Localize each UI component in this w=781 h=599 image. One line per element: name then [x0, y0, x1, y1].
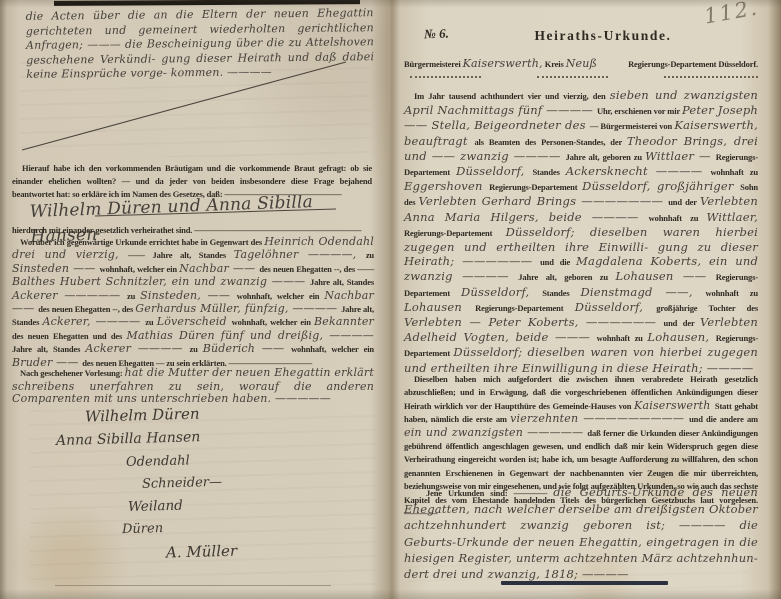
docs-continued: die Acten über die an die Eltern der neu…	[26, 5, 375, 81]
printed-text: und der	[664, 318, 700, 328]
printed-text: Jahre alt, geboren zu	[518, 272, 615, 282]
dotted-rule	[537, 72, 608, 78]
signature: Düren	[122, 516, 360, 537]
pencil-annotation: 112.	[703, 0, 761, 29]
printed-text: des neuen Ehegatten --, des ——	[259, 264, 374, 274]
handwritten-text: Wittlaer,	[706, 210, 758, 224]
printed-text: — Bürgermeisterei von	[590, 121, 675, 131]
handwritten-text: Sinsteden ——	[12, 262, 100, 275]
printed-text: wohnhaft zu	[710, 167, 758, 177]
handwritten-text: Dienstmagd ——,	[580, 285, 705, 299]
handwritten-text: Lohausen	[404, 300, 475, 314]
printed-text: und die	[540, 257, 576, 267]
handwritten-text: Düsseldorf,	[456, 164, 532, 178]
handwritten-text: Wittlaer —	[645, 149, 716, 163]
buergermeisterei-label: Bürgermeisterei	[404, 59, 461, 69]
printed-text: wohnhaft, welcher ein	[100, 264, 180, 274]
handwritten-text: Eggershoven	[404, 179, 489, 193]
handwritten-text: Düsseldorf, großjähriger	[582, 179, 740, 193]
handwritten-text: Düsseldorf,	[461, 285, 542, 299]
printed-text: Jahre alt, Standes	[310, 277, 374, 287]
handwritten-text: Verlebten — Peter Koberts, ——————	[404, 315, 664, 329]
printed-text: Nach geschehener Vorlesung:	[20, 368, 125, 378]
admin-line: Bürgermeisterei Kaiserswerth, Kreis Neuß…	[404, 57, 758, 70]
printed-text: Regierungs-Departement	[489, 182, 582, 192]
signature: A. Müller	[166, 538, 360, 561]
printed-text: —— Jahre alt, Standes	[128, 250, 234, 260]
handwritten-text: Lohausen,	[647, 330, 715, 344]
form-title: Heiraths-Urkunde.	[496, 28, 710, 44]
printed-text: Jahre alt, geboren zu	[566, 152, 646, 162]
left-page: die Acten über die an die Eltern der neu…	[0, 0, 388, 599]
handwritten-text: Balthes Hubert Schnitzler, ein und zwanz…	[12, 275, 310, 288]
handwritten-text: ein und zwanzigsten —————	[404, 426, 587, 439]
printed-text: Jene Urkunden sind: ————	[426, 488, 553, 498]
signature: Weiland	[128, 493, 360, 515]
handwritten-text: Nachbar ——	[179, 262, 259, 275]
witnesses: Worüber ich gegenwärtige Urkunde erricht…	[12, 235, 374, 369]
handwritten-text: Ackersknecht ————	[566, 164, 711, 178]
printed-text: wohnhaft zu	[706, 288, 758, 298]
handwritten-text: Gerhardus Müller, fünfzig, ————	[135, 302, 341, 315]
right-page: № 6. Heiraths-Urkunde. 112. Bürgermeiste…	[388, 0, 775, 599]
handwritten-text: Lohausen ——	[616, 269, 716, 283]
departement-label: Regierungs-Departement Düsseldorf.	[628, 59, 758, 69]
handwritten-text: vierzehnten —————————	[510, 412, 689, 425]
signature: Anna Sibilla Hansen	[56, 425, 360, 449]
handwritten-text: Kaiserswerth	[634, 399, 715, 412]
documents: Jene Urkunden sind: ———— die Geburts-Urk…	[404, 484, 758, 582]
printed-text: zu	[366, 250, 374, 260]
handwritten-text: Düsseldorf; dieselben waren von hierbei …	[404, 345, 758, 374]
handwritten-text: Tagelöhner ————,	[234, 248, 366, 261]
printed-text: Jahre alt, Standes	[12, 344, 85, 354]
printed-text: zu	[127, 291, 140, 301]
printed-text: Regierungs-Departement	[475, 303, 575, 313]
handwritten-text: die Acten über die an die Eltern der neu…	[26, 6, 375, 81]
printed-text: und die andere am	[689, 414, 758, 424]
record-number: № 6.	[424, 26, 449, 43]
printed-text: wohnhaft, welcher ein	[237, 291, 325, 301]
signature-block: Wilhelm DürenAnna Sibilla HansenOdendahl…	[30, 404, 360, 566]
scanned-register-photo: die Acten über die an die Eltern der neu…	[0, 0, 781, 599]
buergermeisterei-value: Kaiserswerth,	[463, 57, 543, 70]
vorlesung: Nach geschehener Vorlesung: hat die Mutt…	[12, 366, 374, 405]
printed-text: des neuen Ehegatten --, des	[38, 304, 135, 314]
printed-text: zu	[189, 344, 202, 354]
printed-text: wohnhaft, welcher ein	[291, 344, 374, 354]
kreis-label: Kreis	[545, 59, 564, 69]
handwritten-text: Sinsteden, ——	[140, 289, 237, 302]
handwritten-text: Ackerer, ————	[42, 315, 145, 328]
printed-text: Im Jahr tausend achthundert vier und vie…	[414, 91, 610, 101]
printed-text: Standes	[542, 288, 580, 298]
dotted-rule	[410, 72, 481, 78]
handwritten-text: Düsseldorf,	[575, 300, 657, 314]
signature: Wilhelm Düren	[85, 400, 360, 425]
handwritten-text: die Geburts-Urkunde des neuen Ehegatten,…	[404, 485, 758, 581]
printed-text: Uhr, erschienen vor mir	[597, 106, 682, 116]
dotted-rule	[664, 72, 758, 78]
printed-text: wohnhaft zu	[649, 213, 707, 223]
handwritten-text: Bekannter	[314, 315, 374, 328]
printed-text: und der	[668, 197, 700, 207]
printed-text: wohnhaft, welcher ein	[232, 317, 314, 327]
printed-text: als Beamten des Personen-Standes, der	[474, 137, 626, 147]
printed-text: hierdurch mit einander gesetzlich verhei…	[12, 225, 361, 235]
kreis-value: Neuß	[566, 57, 597, 70]
printed-text: wohnhaft zu	[597, 333, 648, 343]
handwritten-text: Verlebten Gerhard Brings ———————	[419, 194, 669, 208]
printed-text: zu	[145, 317, 156, 327]
dotted-separators	[404, 72, 758, 78]
handwritten-text: Ackerer —————	[12, 289, 127, 302]
signature: Odendahl	[126, 449, 360, 470]
handwritten-text: Ackerer ————	[85, 342, 189, 355]
printed-text: des neuen Ehegatten und des	[12, 331, 127, 341]
handwritten-text: Löverscheid	[157, 315, 232, 328]
printed-text: großjährige Tochter des	[656, 303, 758, 313]
handwritten-text: Mathias Düren fünf und dreißig, ————	[127, 329, 374, 342]
handwritten-text: Büderich ——	[203, 342, 291, 355]
main-record: Im Jahr tausend achthundert vier und vie…	[404, 88, 758, 375]
printed-text: Worüber ich gegenwärtige Urkunde erricht…	[20, 237, 264, 247]
signature: Schneider—	[142, 471, 360, 492]
closing-thick-rule	[501, 581, 668, 585]
bottom-hairline-rule	[55, 585, 331, 586]
printed-text: Regierungs-Departement	[404, 228, 506, 238]
printed-text: Standes	[532, 167, 565, 177]
